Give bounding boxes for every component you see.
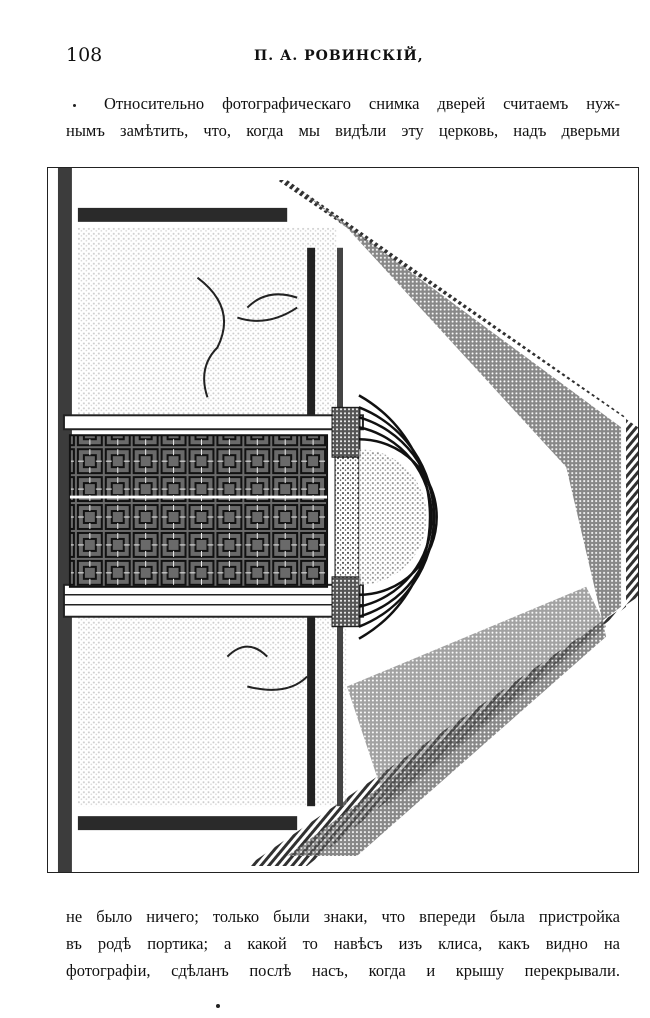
text-line: нымъ замѣтить, что, когда мы видѣли эту … xyxy=(66,117,620,144)
page-header: 108 П. А. РОВИНСКІЙ, xyxy=(66,44,626,72)
church-door-illustration xyxy=(47,167,639,873)
text-line: не было ничего; только были знаки, что в… xyxy=(66,903,620,930)
running-head: П. А. РОВИНСКІЙ, xyxy=(254,48,424,64)
ink-speck xyxy=(73,104,76,107)
text-line: фотографіи, сдѣланъ послѣ насъ, когда и … xyxy=(66,957,620,984)
ink-speck xyxy=(216,1004,220,1008)
paragraph-top: Относительно фотографическаго снимка две… xyxy=(66,90,620,144)
engraving-svg xyxy=(48,168,638,872)
text-line: Относительно фотографическаго снимка две… xyxy=(66,90,620,117)
paragraph-bottom: не было ничего; только были знаки, что в… xyxy=(66,903,620,984)
text-line: въ родѣ портика; а какой то навѣсъ изъ к… xyxy=(66,930,620,957)
page-number: 108 xyxy=(66,44,102,66)
